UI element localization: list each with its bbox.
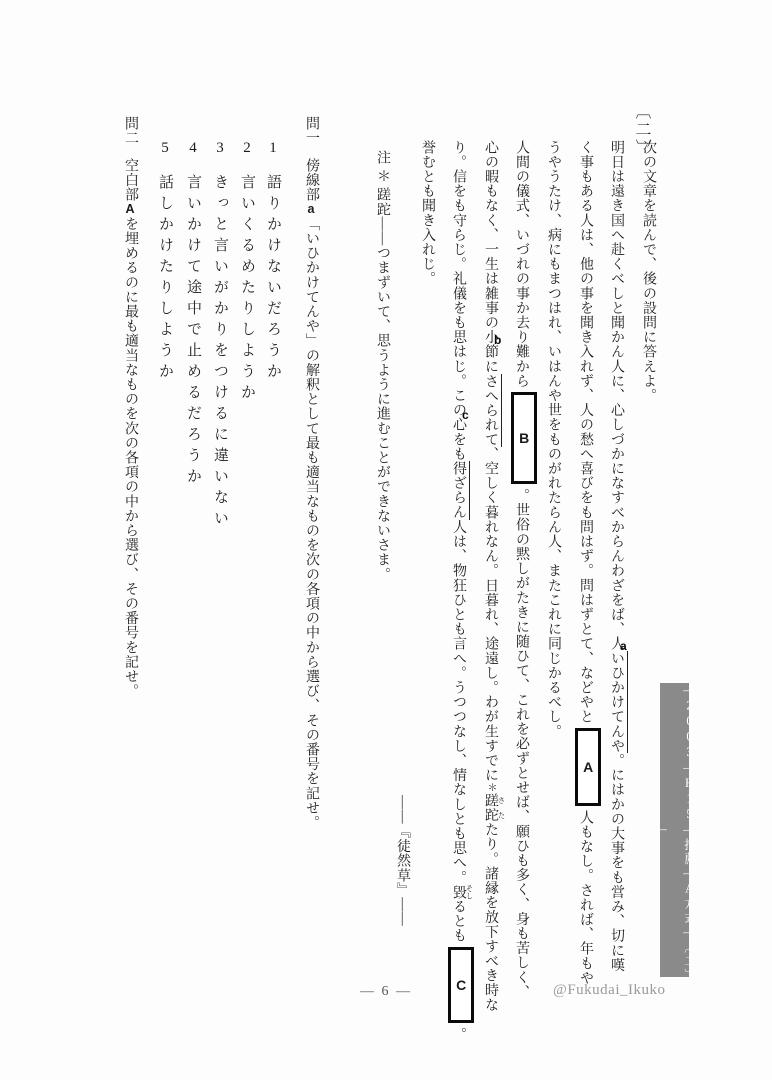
question-2-body: を埋めるのに最も適当なものを次の各項の中から選び、その番号を記せ。 bbox=[123, 217, 138, 699]
q1-option-3: 3きっと言いがかりをつけるに違いない bbox=[208, 140, 232, 531]
passage-text: く事もある人は、他の事を聞き入れず、人の愁へ喜びをも問はず。問はずとて、などやと bbox=[578, 140, 593, 724]
question-1-lead: 傍線部 bbox=[304, 158, 319, 202]
passage-text: 人もなし。されば、年もや bbox=[578, 810, 593, 985]
question-2: 問二空白部Aを埋めるのに最も適当なものを次の各項の中から選び、その番号を記せ。 bbox=[119, 116, 141, 698]
passage-column-2: く事もある人は、他の事を聞き入れず、人の愁へ喜びをも問はず。問はずとて、などやと… bbox=[574, 140, 601, 985]
q1-option-5: 5話しかけたりしようか bbox=[153, 140, 177, 384]
question-1-ref-a: a bbox=[304, 202, 318, 217]
question-2-lead: 空白部 bbox=[123, 158, 138, 202]
passage-text: るとも bbox=[451, 899, 466, 943]
option-number: 1 bbox=[265, 140, 281, 162]
passage-text: 。にはかの大事をも営み、切に嘆 bbox=[609, 753, 624, 972]
question-2-label: 問二 bbox=[123, 116, 138, 145]
passage-text: 、空しく暮れなん。日暮れ、途遠し。わが生すでに bbox=[483, 447, 498, 783]
blank-box-B: B bbox=[511, 392, 537, 484]
passage-column-4: 人間の儀式、いづれの事か去り難からB。世俗の黙しがたきに随ひて、これを必ずとせば… bbox=[510, 140, 537, 999]
option-text: 言いかけて途中で止めるだろうか bbox=[185, 174, 201, 489]
question-1: 問一傍線部a「いひかけてんや」の解釈として最も適当なものを次の各項の中から選び、… bbox=[300, 116, 322, 830]
passage-column-1: 明日は遠き国へ赴くべしと聞かん人に、心しづかになすべからんわざをば、人いひかけて… bbox=[605, 140, 627, 972]
option-number: 3 bbox=[212, 140, 228, 162]
passage-column-6: り。信をも守らじ。礼儀をも思はじ。この心をも得ざらん人は、物狂ひとも言へ。うつつ… bbox=[447, 140, 474, 1042]
passage-text: 。世俗の黙しがたきに随ひて、これを必ずとせば、願ひも多く、身も苦しく、 bbox=[514, 488, 529, 999]
underlined-text-a: いひかけてんや bbox=[609, 651, 628, 753]
question-2-ref-A: A bbox=[123, 202, 137, 217]
passage-text: たり。諸縁を放下すべき時な bbox=[483, 822, 498, 1012]
question-1-body: 「いひかけてんや」の解釈として最も適当なものを次の各項の中から選び、その番号を記… bbox=[304, 217, 319, 830]
q1-option-4: 4言いかけて途中で止めるだろうか bbox=[181, 140, 205, 489]
passage-text: 。 bbox=[451, 1027, 466, 1042]
year-method-badge: ―2003―H15―推薦―A方式―〔二〕― bbox=[660, 683, 689, 977]
question-1-label: 問一 bbox=[304, 116, 319, 145]
page-number: — 6 — bbox=[360, 984, 412, 1000]
blank-box-C: C bbox=[448, 947, 474, 1023]
passage-text: 人は、物狂ひとも言へ。うつつなし、情なしとも思へ。 bbox=[451, 520, 466, 885]
option-text: 語りかけないだろうか bbox=[265, 174, 281, 384]
ruby-sata: 蹉跎さた bbox=[483, 793, 498, 822]
option-text: きっと言いがかりをつけるに違いない bbox=[212, 174, 228, 531]
ruby-soshi: 毀そし bbox=[451, 885, 466, 900]
blank-box-A: A bbox=[575, 728, 601, 806]
option-text: 言いくるめたりしようか bbox=[239, 174, 255, 405]
sideline-label-a: a bbox=[620, 640, 627, 652]
exam-page: 〔二〕 次の文章を読んで、後の設問に答えよ。 明日は遠き国へ赴くべしと聞かん人に… bbox=[0, 0, 772, 1080]
q1-option-2: 2言いくるめたりしようか bbox=[235, 140, 259, 405]
option-number: 5 bbox=[157, 140, 173, 162]
passage-text: 人間の儀式、いづれの事か去り難から bbox=[514, 140, 529, 388]
passage-column-3: うやうたけ、病にもまつはれ、いはんや世をものがれたらん人、またこれに同じかるべし… bbox=[542, 140, 564, 739]
watermark-handle: @Fukudai_Ikuko bbox=[553, 982, 665, 999]
option-number: 4 bbox=[185, 140, 201, 162]
option-number: 2 bbox=[239, 140, 255, 162]
underlined-text-b: さへられて bbox=[483, 374, 502, 447]
q1-option-1: 1語りかけないだろうか bbox=[261, 140, 285, 384]
source-citation: ――『徒然草』―― bbox=[391, 795, 413, 926]
note-line: 注 ＊ 蹉跎――つまずいて、思うように進むことができないさま。 bbox=[371, 150, 393, 582]
passage-column-7: 誉むとも聞き入れじ。 bbox=[416, 140, 438, 286]
passage-text: 明日は遠き国へ赴くべしと聞かん人に、心しづかになすべからんわざをば、人 bbox=[609, 140, 624, 651]
note-reference-asterisk: ＊ bbox=[485, 782, 496, 793]
instruction-line: 次の文章を読んで、後の設問に答えよ。 bbox=[637, 140, 659, 403]
underlined-text-c: 得ざらん bbox=[451, 461, 470, 519]
option-text: 話しかけたりしようか bbox=[157, 174, 173, 384]
passage-column-5: 心の暇もなく、一生は雑事の小節にさへられて、空しく暮れなん。日暮れ、途遠し。わが… bbox=[479, 140, 506, 1012]
sideline-label-b: b bbox=[494, 334, 501, 346]
sideline-label-c: c bbox=[462, 409, 469, 421]
